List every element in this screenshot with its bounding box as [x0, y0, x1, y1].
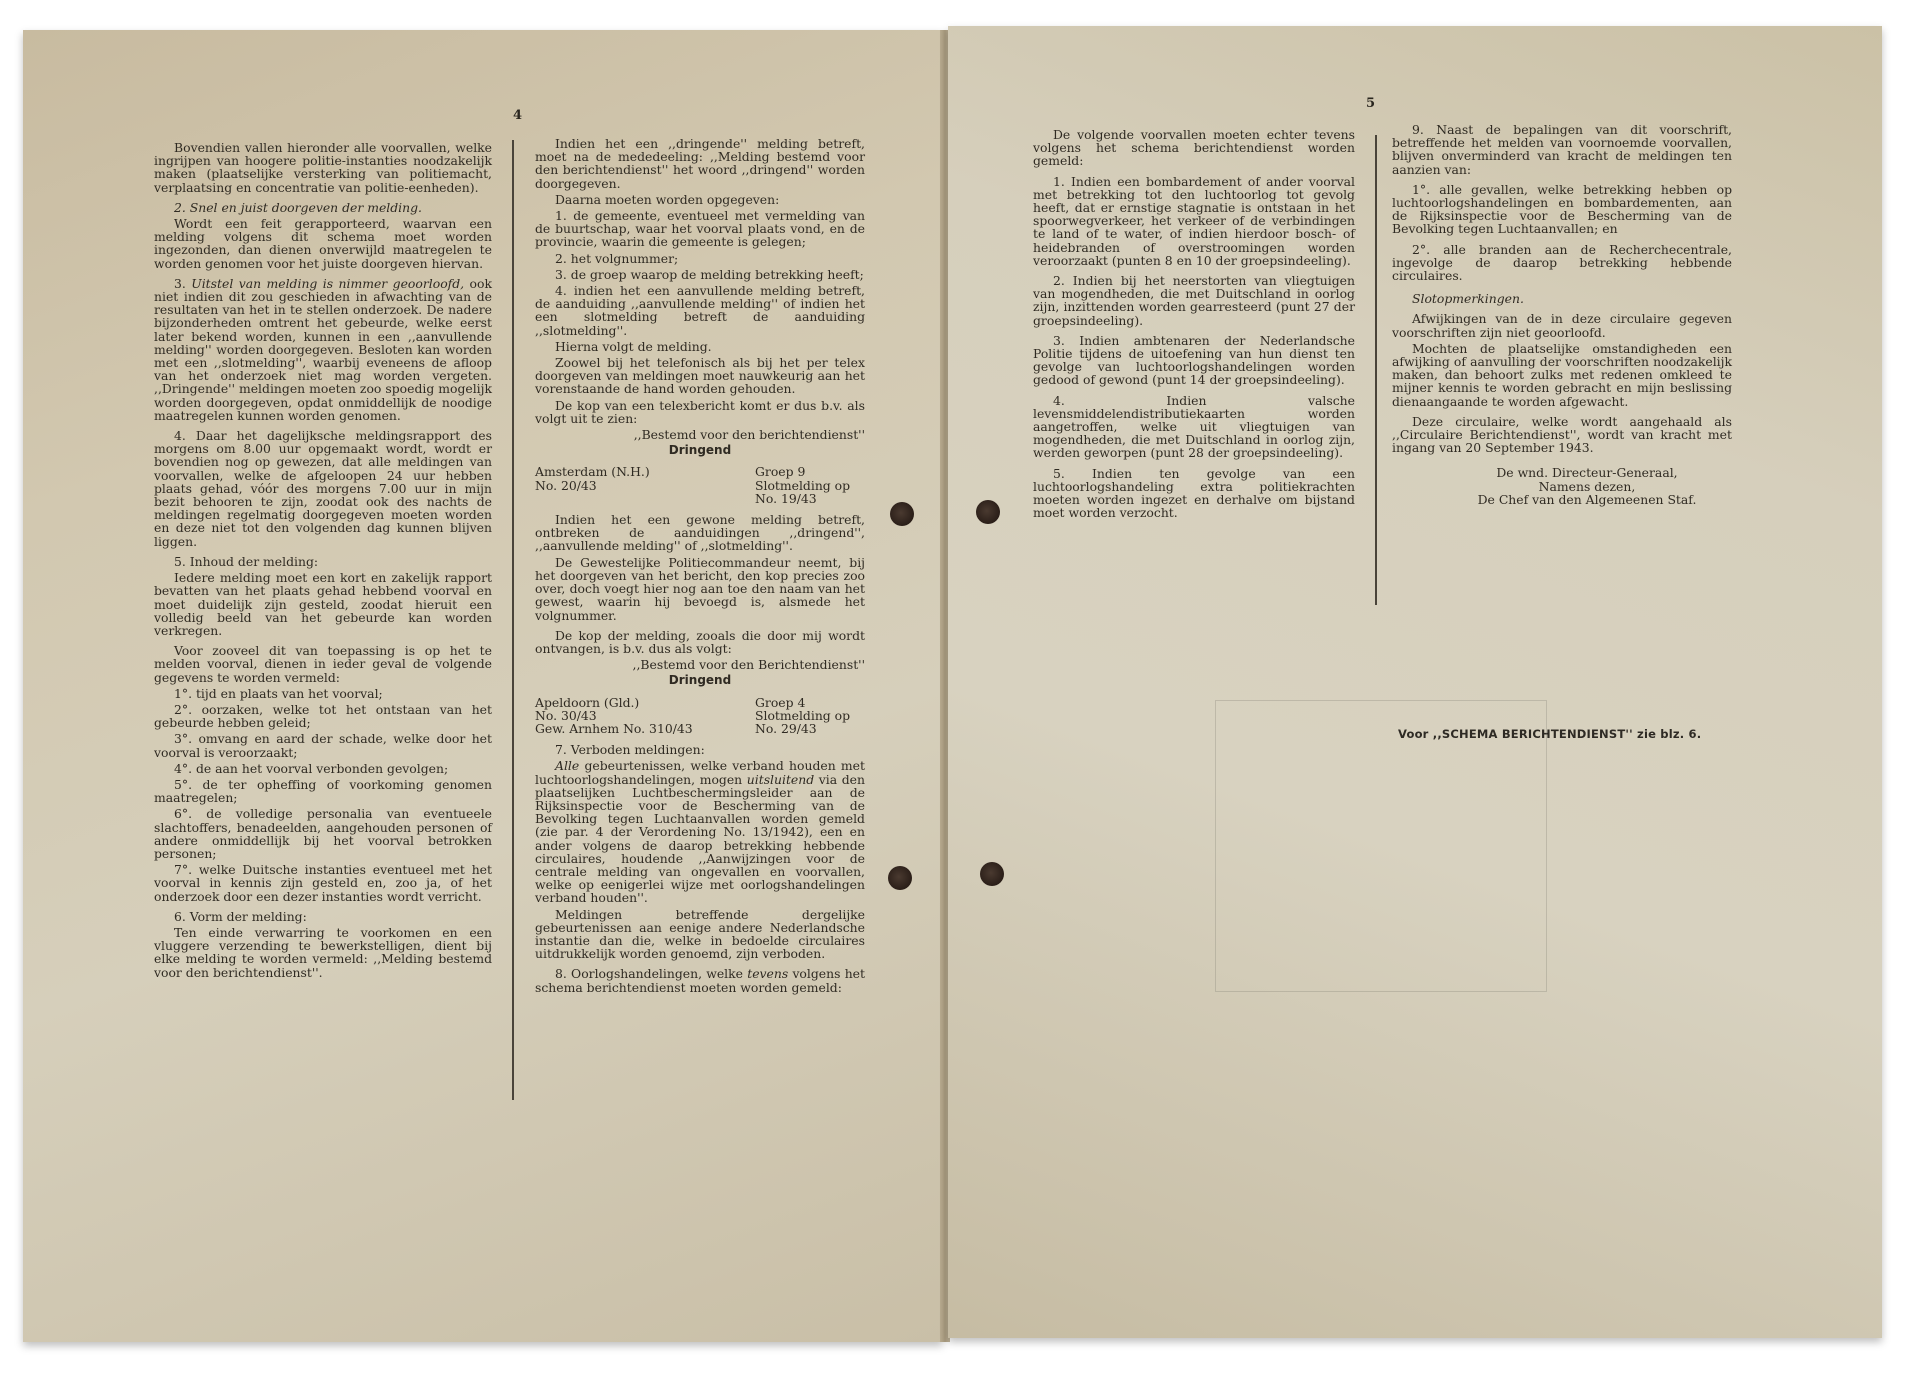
right-column-1: De volgende voorvallen moeten echter tev…: [1033, 128, 1355, 522]
column-divider: [1375, 135, 1377, 605]
section-9: 9. Naast de bepalingen van dit voorschri…: [1392, 123, 1732, 176]
list-item: 5°. de ter opheffing of voorkoming genom…: [154, 778, 492, 804]
list-item: 3°. omvang en aard der schade, welke doo…: [154, 732, 492, 758]
paragraph: Mochten de plaatselijke omstandigheden e…: [1392, 342, 1732, 408]
telex-example-1: Amsterdam (N.H.) No. 20/43 Groep 9 Slotm…: [535, 465, 865, 505]
paragraph: Zoowel bij het telefonisch als bij het p…: [535, 356, 865, 396]
section-heading-5: 5. Inhoud der melding:: [154, 555, 492, 568]
list-item: 1°. tijd en plaats van het voorval;: [154, 687, 492, 700]
section-4: 4. Daar het dagelijksche meldingsrapport…: [154, 429, 492, 548]
paragraph: Afwijkingen van de in deze circulaire ge…: [1392, 312, 1732, 338]
list-item: 2°. alle branden aan de Recherchecentral…: [1392, 243, 1732, 283]
telex-header-example-1: ,,Bestemd voor den berichtendienst'': [535, 428, 865, 441]
paragraph: Deze circulaire, welke wordt aangehaald …: [1392, 415, 1732, 455]
binding-hole: [888, 866, 912, 890]
list-item: 3. Indien ambtenaren der Nederlandsche P…: [1033, 334, 1355, 387]
list-item: 1°. alle gevallen, welke betrekking hebb…: [1392, 183, 1732, 236]
paragraph: Voor zooveel dit van toepassing is op he…: [154, 644, 492, 684]
telex-header-example-2: ,,Bestemd voor den Berichtendienst'': [535, 658, 865, 671]
list-item: 2. Indien bij het neerstorten van vliegt…: [1033, 274, 1355, 327]
right-column-2: 9. Naast de bepalingen van dit voorschri…: [1392, 123, 1732, 506]
section-3: 3. Uitstel van melding is nimmer geoorlo…: [154, 277, 492, 422]
list-item: 2. het volgnummer;: [535, 252, 865, 265]
list-item: 4. Indien valsche levensmiddelendistribu…: [1033, 394, 1355, 460]
paragraph: Bovendien vallen hieronder alle voorvall…: [154, 141, 492, 194]
left-column-2: Indien het een ,,dringende'' melding bet…: [535, 137, 865, 997]
urgent-label-1: Dringend: [535, 444, 865, 457]
paragraph: De Gewestelijke Politiecommandeur neemt,…: [535, 556, 865, 622]
paragraph: Iedere melding moet een kort en zakelijk…: [154, 571, 492, 637]
paragraph: Hierna volgt de melding.: [535, 340, 865, 353]
paragraph: Ten einde verwarring te voorkomen en een…: [154, 926, 492, 979]
section-8: 8. Oorlogshandelingen, welke tevens volg…: [535, 967, 865, 993]
section-heading-7: 7. Verboden meldingen:: [535, 743, 865, 756]
paragraph: Meldingen betreffende dergelijke gebeurt…: [535, 908, 865, 961]
binding-hole: [980, 862, 1004, 886]
list-item: 3. de groep waarop de melding betrekking…: [535, 268, 865, 281]
paragraph: Wordt een feit gerapporteerd, waarvan ee…: [154, 217, 492, 270]
list-item: 1. Indien een bombardement of ander voor…: [1033, 175, 1355, 267]
list-item: 4. indien het een aanvullende melding be…: [535, 284, 865, 337]
paragraph: Indien het een ,,dringende'' melding bet…: [535, 137, 865, 190]
section-7-text: Alle gebeurtenissen, welke verband houde…: [535, 759, 865, 904]
column-divider: [512, 140, 514, 1100]
paragraph: Indien het een gewone melding betreft, o…: [535, 513, 865, 553]
list-item: 6°. de volledige personalia van eventuee…: [154, 807, 492, 860]
list-item: 7°. welke Duitsche instanties eventueel …: [154, 863, 492, 903]
paragraph: Daarna moeten worden opgegeven:: [535, 193, 865, 206]
show-through-frame: [1215, 700, 1547, 992]
paragraph: De kop der melding, zooals die door mij …: [535, 629, 865, 655]
paragraph: De kop van een telexbericht komt er dus …: [535, 399, 865, 425]
list-item: 1. de gemeente, eventueel met vermelding…: [535, 209, 865, 249]
binding-hole: [890, 502, 914, 526]
list-item: 4°. de aan het voorval verbonden gevolge…: [154, 762, 492, 775]
binding-hole: [976, 500, 1000, 524]
page-number-right: 5: [1366, 96, 1375, 111]
closing-heading: Slotopmerkingen.: [1392, 292, 1732, 305]
section-heading-6: 6. Vorm der melding:: [154, 910, 492, 923]
signature-block: De wnd. Directeur-Generaal, Namens dezen…: [1392, 466, 1732, 506]
urgent-label-2: Dringend: [535, 674, 865, 687]
list-item: 2°. oorzaken, welke tot het ontstaan van…: [154, 703, 492, 729]
paragraph: De volgende voorvallen moeten echter tev…: [1033, 128, 1355, 168]
left-column-1: Bovendien vallen hieronder alle voorvall…: [154, 141, 492, 982]
page-number-left: 4: [513, 108, 522, 123]
list-item: 5. Indien ten gevolge van een luchtoorlo…: [1033, 467, 1355, 520]
telex-example-2: Apeldoorn (Gld.) No. 30/43 Gew. Arnhem N…: [535, 696, 865, 736]
section-heading-2: 2. Snel en juist doorgeven der melding.: [154, 201, 492, 214]
